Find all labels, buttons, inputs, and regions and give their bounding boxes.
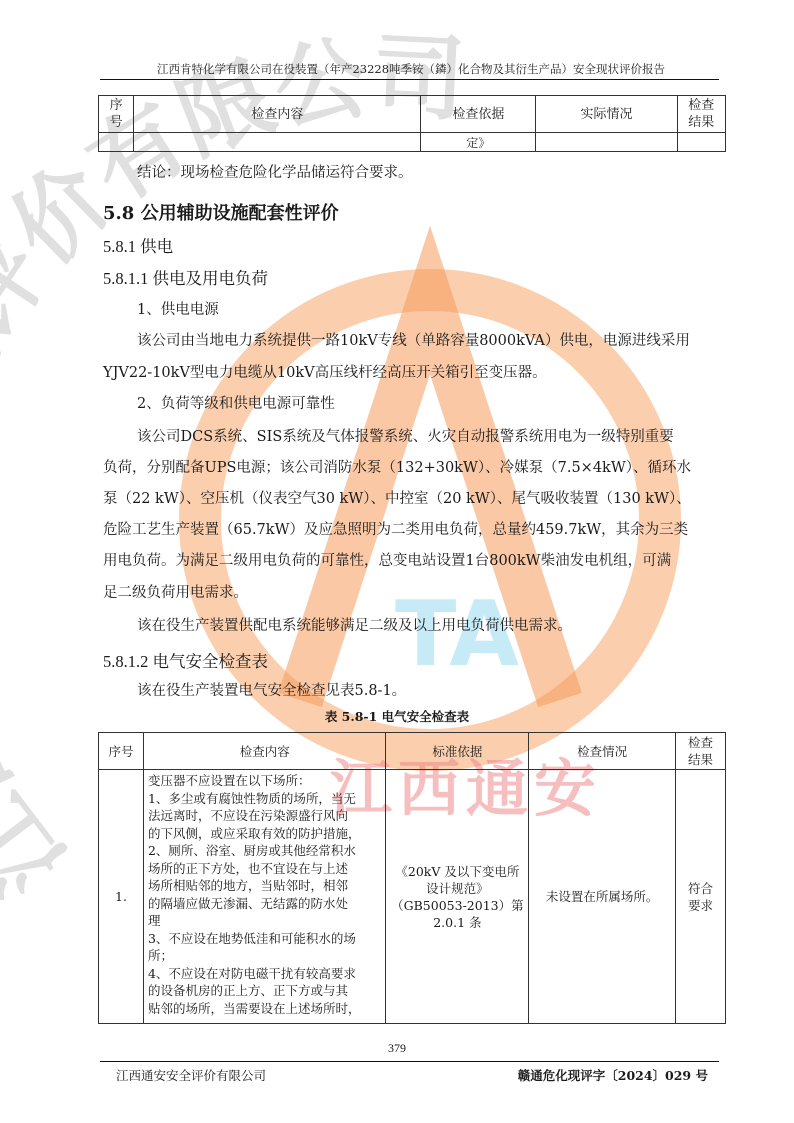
running-header: 江西肯特化学有限公司在役装置（年产23228吨季铵（鏻）化合物及其衍生产品）安全… xyxy=(103,61,719,77)
section-heading-5-8-1-1: 5.8.1.1 供电及用电负荷 xyxy=(103,265,268,289)
section-heading-5-8: 5.8 公用辅助设施配套性评价 xyxy=(103,199,339,225)
content-line: 的隔墙应做无渗漏、无结露的防水处 xyxy=(148,895,382,913)
cell-check: 未设置在所属场所。 xyxy=(529,770,676,1024)
conclusion-text: 结论：现场检查危险化学品储运符合要求。 xyxy=(137,162,413,184)
content-line: 的下风侧，或应采取有效的防护措施， xyxy=(148,825,382,843)
content-line: 的设备机房的正上方、正下方或与其 xyxy=(148,982,382,1000)
paragraph-load-line6: 足二级负荷用电需求。 xyxy=(103,582,248,604)
section-heading-5-8-1: 5.8.1 供电 xyxy=(103,233,173,257)
paragraph-load-line5: 用电负荷。为满足二级用电负荷的可靠性，总变电站设置1台800kW柴油发电机组，可… xyxy=(103,550,671,572)
standard-line: （GB50053-2013）第 xyxy=(389,897,525,914)
header-basis: 检查依据 xyxy=(421,96,536,133)
table-row: 定》 xyxy=(99,133,726,152)
footer-rule xyxy=(100,1061,719,1062)
header-result-line1: 检查 xyxy=(678,97,725,114)
cell-content xyxy=(134,133,421,152)
cell-basis: 定》 xyxy=(421,133,536,152)
table-header-row: 序 号 检查内容 检查依据 实际情况 检查 结果 xyxy=(99,96,726,133)
paragraph-supply-line1: 该公司由当地电力系统提供一路10kV专线（单路容量8000kVA）供电，电源进线… xyxy=(137,330,690,352)
content-line: 1、多尘或有腐蚀性物质的场所，当无 xyxy=(148,790,382,808)
content-line: 法远离时，不应设在污染源盛行风向 xyxy=(148,807,382,825)
page-number: 379 xyxy=(0,1041,794,1056)
content-line: 2、厕所、浴室、厨房或其他经常积水 xyxy=(148,842,382,860)
header-seq: 序 号 xyxy=(99,96,134,133)
cell-result: 符合 要求 xyxy=(676,770,726,1024)
header-actual: 实际情况 xyxy=(536,96,677,133)
item-2-label: 2、负荷等级和供电电源可靠性 xyxy=(137,393,335,415)
result-line: 符合 xyxy=(679,880,722,897)
content-line: 3、不应设在地势低洼和可能积水的场 xyxy=(148,930,382,948)
table-header-row: 序号 检查内容 标准依据 检查情况 检查 结果 xyxy=(99,733,726,770)
cell-result xyxy=(677,133,725,152)
cell-seq xyxy=(99,133,134,152)
section-heading-5-8-1-2: 5.8.1.2 电气安全检查表 xyxy=(103,648,268,672)
paragraph-table-intro: 该在役生产装置电气安全检查见表5.8-1。 xyxy=(137,680,406,702)
content-line: 4、不应设在对防电磁干扰有较高要求 xyxy=(148,965,382,983)
content-line: 场所相贴邻的地方，当贴邻时，相邻 xyxy=(148,877,382,895)
paragraph-load-line1: 该公司DCS系统、SIS系统及气体报警系统、火灾自动报警系统用电为一级特别重要 xyxy=(137,426,674,448)
header-result-line2: 结果 xyxy=(678,114,725,131)
content-line: 变压器不应设置在以下场所： xyxy=(148,772,382,790)
paragraph-load-line3: 泵（22 kW）、空压机（仪表空气30 kW）、中控室（20 kW）、尾气吸收装… xyxy=(103,488,691,510)
header-seq-line1: 序 xyxy=(99,97,133,114)
footer-doc-number: 赣通危化现评字〔2024〕029 号 xyxy=(518,1066,708,1084)
paragraph-conclusion-supply: 该在役生产装置供配电系统能够满足二级及以上用电负荷供电需求。 xyxy=(137,615,572,637)
content-line: 贴邻的场所，当需要设在上述场所时， xyxy=(148,1000,382,1018)
table-row: 1. 变压器不应设置在以下场所： 1、多尘或有腐蚀性物质的场所，当无 法远离时，… xyxy=(99,770,726,1024)
content-line: 场所的正下方处，也不宜设在与上述 xyxy=(148,860,382,878)
paragraph-supply-line2: YJV22-10kV型电力电缆从10kV高压线杆经高压开关箱引至变压器。 xyxy=(103,362,547,384)
cell-content: 变压器不应设置在以下场所： 1、多尘或有腐蚀性物质的场所，当无 法远离时，不应设… xyxy=(143,770,386,1024)
header-result: 检查 结果 xyxy=(677,96,725,133)
cell-actual xyxy=(536,133,677,152)
header-content: 检查内容 xyxy=(134,96,421,133)
standard-line: 设计规范》 xyxy=(389,880,525,897)
header-standard: 标准依据 xyxy=(386,733,529,770)
header-check: 检查情况 xyxy=(529,733,676,770)
result-line: 要求 xyxy=(679,897,722,914)
header-result-line2: 结果 xyxy=(676,751,725,768)
header-seq: 序号 xyxy=(99,733,144,770)
cell-standard: 《20kV 及以下变电所 设计规范》 （GB50053-2013）第 2.0.1… xyxy=(386,770,529,1024)
header-result-line1: 检查 xyxy=(676,734,725,751)
standard-line: 2.0.1 条 xyxy=(389,914,525,931)
header-seq-line2: 号 xyxy=(99,114,133,131)
content-line: 所； xyxy=(148,947,382,965)
cell-seq: 1. xyxy=(99,770,144,1024)
standard-line: 《20kV 及以下变电所 xyxy=(389,863,525,880)
paragraph-load-line4: 危险工艺生产装置（65.7kW）及应急照明为二类用电负荷，总量约459.7kW，… xyxy=(103,519,688,541)
table-caption: 表 5.8-1 电气安全检查表 xyxy=(0,707,794,725)
electrical-safety-check-table: 序号 检查内容 标准依据 检查情况 检查 结果 1. 变压器不应设置在以下场所：… xyxy=(98,732,726,1024)
content-line: 理 xyxy=(148,912,382,930)
continued-check-table: 序 号 检查内容 检查依据 实际情况 检查 结果 定》 xyxy=(98,95,726,152)
footer-company: 江西通安安全评价有限公司 xyxy=(116,1066,266,1084)
item-1-label: 1、供电电源 xyxy=(137,299,219,321)
header-rule xyxy=(100,79,719,80)
paragraph-load-line2: 负荷，分别配备UPS电源；该公司消防水泵（132+30kW）、冷媒泵（7.5×4… xyxy=(103,457,691,479)
header-result: 检查 结果 xyxy=(676,733,726,770)
header-content: 检查内容 xyxy=(143,733,386,770)
